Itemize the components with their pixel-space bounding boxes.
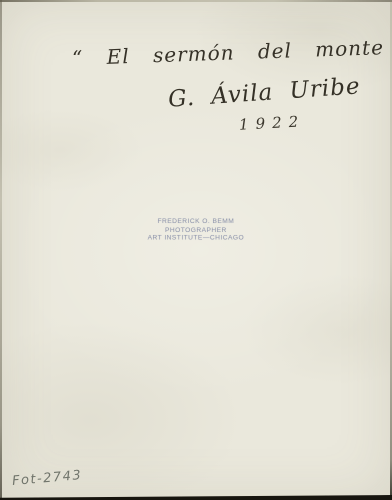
stamp-photographer-name: FREDERICK O. BEMM [148,217,245,225]
scan-edge-bottom [0,495,392,500]
catalog-number: Fot-2743 [11,468,82,489]
photograph-verso: “ El sermón del monte ” G. Ávila Uribe 1… [0,0,392,500]
handwritten-year: 1922 [239,112,306,133]
stamp-profession: PHOTOGRAPHER [148,225,245,233]
stamp-institution: ART INSTITUTE—CHICAGO [148,234,245,242]
scan-edge-top [0,0,392,2]
scan-edge-left [0,0,2,500]
photographer-stamp: FREDERICK O. BEMM PHOTOGRAPHER ART INSTI… [148,217,245,242]
artist-signature: G. Ávila Uribe [167,73,361,112]
handwritten-title: “ El sermón del monte ” [72,34,392,70]
